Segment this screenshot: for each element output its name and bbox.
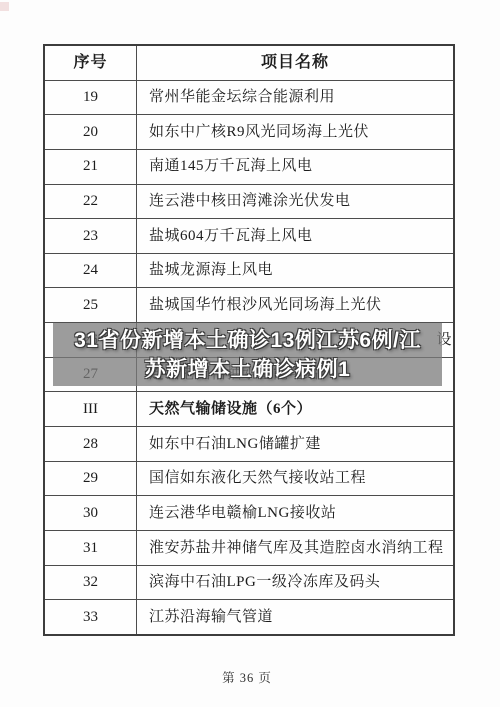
row-project-name: 江苏沿海输气管道 [137,600,453,634]
row-project-name: 连云港华电赣榆LNG接收站 [137,496,453,530]
news-headline-overlay: 31省份新增本土确诊13例江苏6例/江 苏新增本土确诊病例1 [53,322,442,386]
scan-corner-artifact [0,2,9,11]
table-row: 20如东中广核R9风光同场海上光伏 [45,114,453,149]
row-serial-number: 32 [45,566,137,600]
table-row: 28如东中石油LNG储罐扩建 [45,426,453,461]
row-serial-number: 23 [45,219,137,253]
table-row: 19常州华能金坛综合能源利用 [45,80,453,115]
table-row: 30连云港华电赣榆LNG接收站 [45,495,453,530]
table-row: 24盐城龙源海上风电 [45,253,453,288]
table-row: 29国信如东液化天然气接收站工程 [45,461,453,496]
row-project-name: 盐城604万千瓦海上风电 [137,219,453,253]
table-row: III天然气输储设施（6个） [45,391,453,426]
row-project-name: 国信如东液化天然气接收站工程 [137,462,453,496]
header-serial-number: 序号 [45,46,137,80]
row-serial-number: 20 [45,115,137,149]
row-serial-number: 28 [45,427,137,461]
row-project-name: 盐城龙源海上风电 [137,254,453,288]
row-serial-number: 30 [45,496,137,530]
table-row: 22连云港中核田湾滩涂光伏发电 [45,184,453,219]
row-project-name: 天然气输储设施（6个） [137,392,453,426]
row-serial-number: 25 [45,288,137,322]
row-serial-number: 31 [45,531,137,565]
row-serial-number: 19 [45,81,137,115]
row-project-name: 南通145万千瓦海上风电 [137,150,453,184]
row-serial-number: 24 [45,254,137,288]
row-serial-number: 33 [45,600,137,634]
row-project-name: 淮安苏盐井神储气库及其造腔卤水消纳工程 [137,531,453,565]
row-serial-number: 29 [45,462,137,496]
row-serial-number: 22 [45,185,137,219]
row-serial-number: III [45,392,137,426]
table-header-row: 序号 项目名称 [45,46,453,80]
table-row: 21南通145万千瓦海上风电 [45,149,453,184]
row-project-name: 连云港中核田湾滩涂光伏发电 [137,185,453,219]
page-number: 第 36 页 [0,668,494,686]
table-row: 32滨海中石油LPG一级冷冻库及码头 [45,565,453,600]
row-project-name: 滨海中石油LPG一级冷冻库及码头 [137,566,453,600]
headline-line-2: 苏新增本土确诊病例1 [145,355,351,384]
row-serial-number: 21 [45,150,137,184]
header-project-name: 项目名称 [137,46,453,80]
table-row: 33江苏沿海输气管道 [45,599,453,634]
row-project-name: 常州华能金坛综合能源利用 [137,81,453,115]
table-row: 23盐城604万千瓦海上风电 [45,218,453,253]
row-project-name: 如东中广核R9风光同场海上光伏 [137,115,453,149]
row-project-name: 盐城国华竹根沙风光同场海上光伏 [137,288,453,322]
headline-line-1: 31省份新增本土确诊13例江苏6例/江 [74,326,421,355]
row-project-name: 如东中石油LNG储罐扩建 [137,427,453,461]
table-row: 25盐城国华竹根沙风光同场海上光伏 [45,287,453,322]
table-row: 31淮安苏盐井神储气库及其造腔卤水消纳工程 [45,530,453,565]
